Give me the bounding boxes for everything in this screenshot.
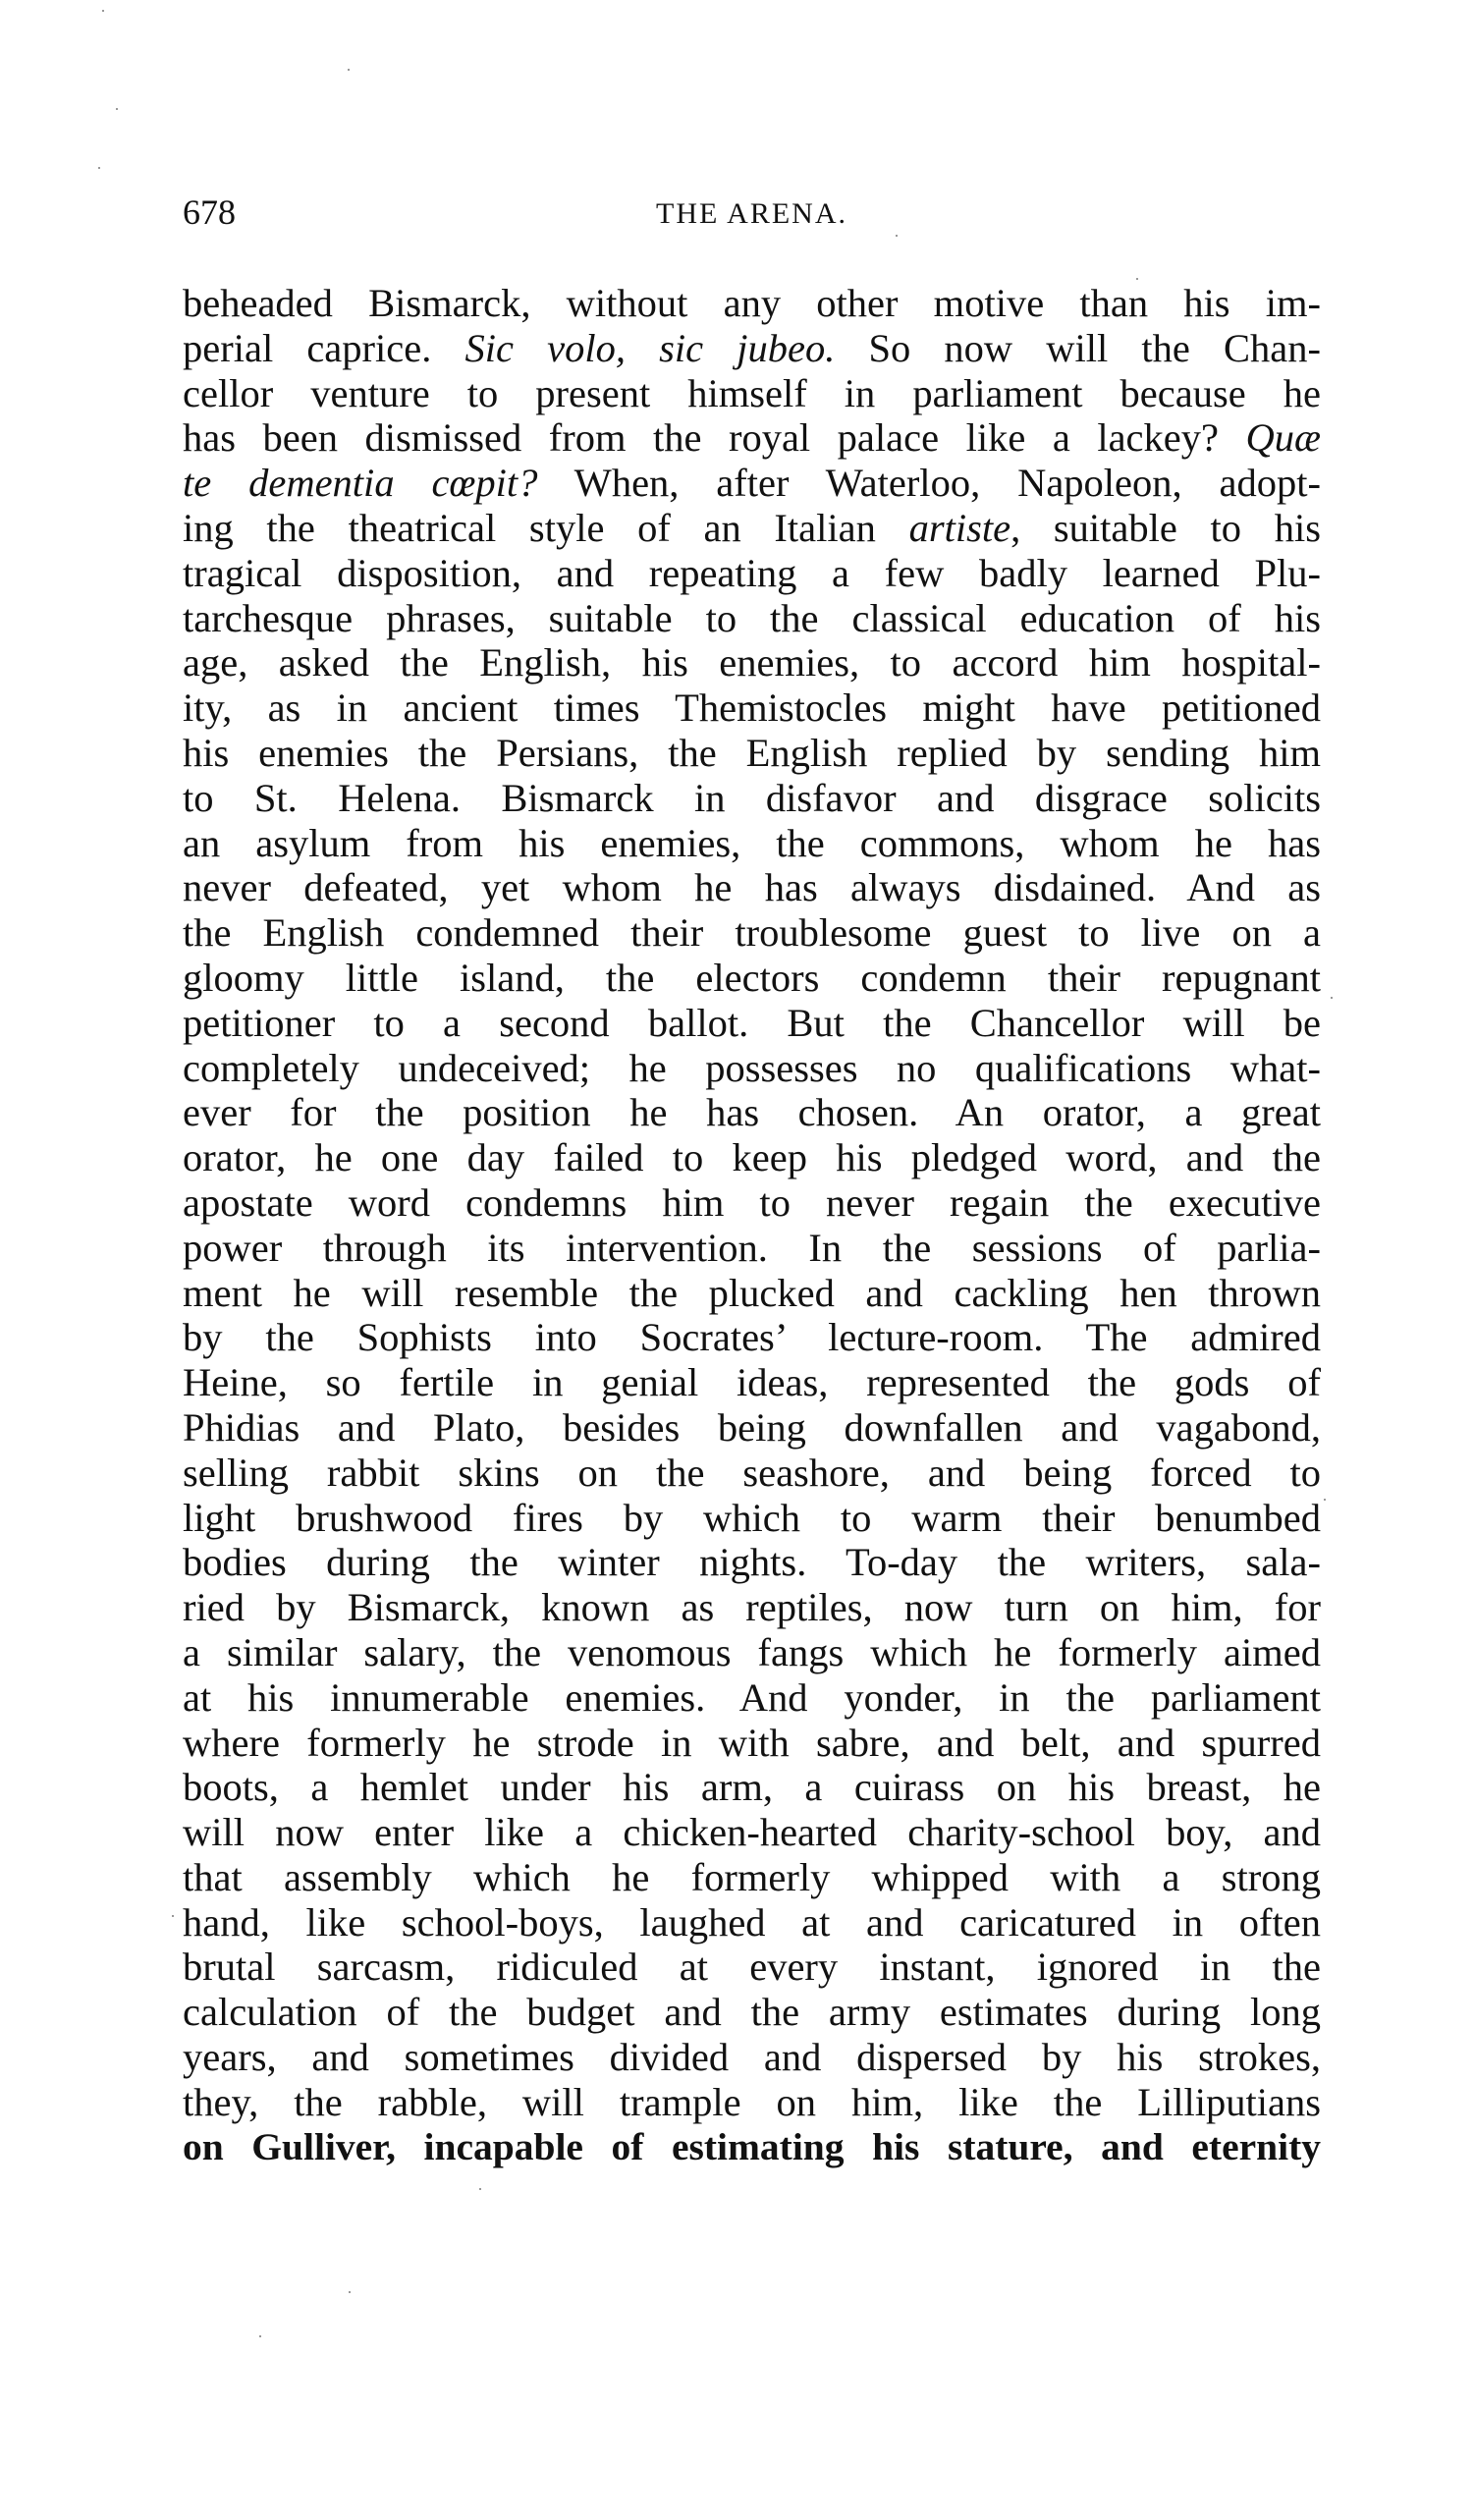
text-line: ing the theatrical style of an Italian a… xyxy=(183,506,1321,551)
text-run: When, after Waterloo, Napoleon, adopt- xyxy=(537,461,1321,505)
text-run: tarchesque phrases, suitable to the clas… xyxy=(183,596,1321,640)
scan-speck xyxy=(348,69,350,71)
text-run: perial caprice. xyxy=(183,326,464,370)
text-run: completely undeceived; he possesses no q… xyxy=(183,1046,1321,1090)
scan-speck xyxy=(349,2291,351,2293)
text-run: that assembly which he formerly whipped … xyxy=(183,1855,1321,1899)
text-run: hand, like school-boys, laughed at and c… xyxy=(183,1900,1321,1945)
text-line: perial caprice. Sic volo, sic jubeo. So … xyxy=(183,326,1321,371)
scan-speck xyxy=(102,10,104,12)
text-run: an asylum from his enemies, the commons,… xyxy=(183,821,1321,865)
text-line: petitioner to a second ballot. But the C… xyxy=(183,1001,1321,1046)
text-run: tragical disposition, and repeating a fe… xyxy=(183,551,1321,595)
scan-speck xyxy=(1136,278,1138,280)
text-run: to St. Helena. Bismarck in disfavor and … xyxy=(183,776,1321,820)
scan-speck xyxy=(896,235,898,237)
text-line: Phidias and Plato, besides being downfal… xyxy=(183,1405,1321,1451)
text-line: where formerly he strode in with sabre, … xyxy=(183,1721,1321,1766)
text-line: by the Sophists into Socrates’ lecture-r… xyxy=(183,1315,1321,1360)
scan-speck xyxy=(479,2188,481,2190)
text-run: where formerly he strode in with sabre, … xyxy=(183,1721,1321,1765)
text-line: ment he will resemble the plucked and ca… xyxy=(183,1271,1321,1316)
text-line: will now enter like a chicken-hearted ch… xyxy=(183,1810,1321,1855)
text-line: Heine, so fertile in genial ideas, repre… xyxy=(183,1360,1321,1405)
text-run: light brushwood fires by which to warm t… xyxy=(183,1496,1321,1540)
text-line: apostate word condemns him to never rega… xyxy=(183,1180,1321,1226)
text-line: to St. Helena. Bismarck in disfavor and … xyxy=(183,776,1321,821)
text-line: that assembly which he formerly whipped … xyxy=(183,1855,1321,1900)
text-run: orator, he one day failed to keep his pl… xyxy=(183,1135,1321,1179)
text-run: never defeated, yet whom he has always d… xyxy=(183,865,1321,909)
text-line: power through its intervention. In the s… xyxy=(183,1226,1321,1271)
text-line: bodies during the winter nights. To-day … xyxy=(183,1540,1321,1585)
scan-speck xyxy=(259,2335,261,2337)
text-run: brutal sarcasm, ridiculed at every insta… xyxy=(183,1945,1321,1989)
text-run: they, the rabble, will trample on him, l… xyxy=(183,2080,1321,2124)
text-line: on Gulliver, incapable of estimating his… xyxy=(183,2125,1321,2170)
text-line: age, asked the English, his enemies, to … xyxy=(183,640,1321,685)
text-line: selling rabbit skins on the seashore, an… xyxy=(183,1451,1321,1496)
italic-phrase: te dementia cœpit? xyxy=(183,461,537,505)
italic-phrase: Sic volo, sic jubeo. xyxy=(464,326,835,370)
text-run: beheaded Bismarck, without any other mot… xyxy=(183,281,1321,325)
scan-speck xyxy=(172,1915,174,1917)
text-line: they, the rabble, will trample on him, l… xyxy=(183,2080,1321,2125)
text-run: calculation of the budget and the army e… xyxy=(183,1990,1321,2034)
text-run: apostate word condemns him to never rega… xyxy=(183,1180,1321,1225)
text-run: Heine, so fertile in genial ideas, repre… xyxy=(183,1360,1321,1404)
running-title: THE ARENA. xyxy=(183,194,1321,234)
text-run: ever for the position he has chosen. An … xyxy=(183,1090,1321,1134)
text-line: the English condemned their troublesome … xyxy=(183,910,1321,956)
text-line: hand, like school-boys, laughed at and c… xyxy=(183,1900,1321,1945)
text-run: ried by Bismarck, known as reptiles, now… xyxy=(183,1585,1321,1629)
text-run: the English condemned their troublesome … xyxy=(183,910,1321,955)
text-line: ever for the position he has chosen. An … xyxy=(183,1090,1321,1135)
text-line: beheaded Bismarck, without any other mot… xyxy=(183,281,1321,326)
italic-phrase: artiste xyxy=(909,506,1011,550)
text-run: ity, as in ancient times Themistocles mi… xyxy=(183,685,1321,730)
text-run: has been dismissed from the royal palace… xyxy=(183,415,1245,460)
text-line: years, and sometimes divided and dispers… xyxy=(183,2035,1321,2080)
text-line: ity, as in ancient times Themistocles mi… xyxy=(183,685,1321,731)
scan-speck xyxy=(98,167,100,169)
text-line: tragical disposition, and repeating a fe… xyxy=(183,551,1321,596)
text-run: selling rabbit skins on the seashore, an… xyxy=(183,1451,1321,1495)
text-line: orator, he one day failed to keep his pl… xyxy=(183,1135,1321,1180)
text-run: his enemies the Persians, the English re… xyxy=(183,731,1321,775)
scan-speck xyxy=(1324,1499,1326,1501)
text-line: at his innumerable enemies. And yonder, … xyxy=(183,1675,1321,1721)
text-run: will now enter like a chicken-hearted ch… xyxy=(183,1810,1321,1854)
text-run: ing the theatrical style of an Italian xyxy=(183,506,909,550)
text-run: on Gulliver, incapable of estimating his… xyxy=(183,2125,1321,2168)
text-line: brutal sarcasm, ridiculed at every insta… xyxy=(183,1945,1321,1990)
text-run: age, asked the English, his enemies, to … xyxy=(183,640,1321,685)
text-run: years, and sometimes divided and dispers… xyxy=(183,2035,1321,2079)
text-line: ried by Bismarck, known as reptiles, now… xyxy=(183,1585,1321,1630)
text-line: a similar salary, the venomous fangs whi… xyxy=(183,1630,1321,1675)
text-run: gloomy little island, the electors conde… xyxy=(183,956,1321,1000)
text-run: Phidias and Plato, besides being downfal… xyxy=(183,1405,1321,1450)
text-run: a similar salary, the venomous fangs whi… xyxy=(183,1630,1321,1674)
scan-speck xyxy=(116,108,118,110)
text-line: tarchesque phrases, suitable to the clas… xyxy=(183,596,1321,641)
text-line: boots, a hemlet under his arm, a cuirass… xyxy=(183,1765,1321,1810)
text-line: calculation of the budget and the army e… xyxy=(183,1990,1321,2035)
text-run: by the Sophists into Socrates’ lecture-r… xyxy=(183,1315,1321,1359)
text-run: at his innumerable enemies. And yonder, … xyxy=(183,1675,1321,1720)
text-run: cellor venture to present himself in par… xyxy=(183,371,1321,415)
text-line: light brushwood fires by which to warm t… xyxy=(183,1496,1321,1541)
text-run: So now will the Chan- xyxy=(835,326,1321,370)
text-line: cellor venture to present himself in par… xyxy=(183,371,1321,416)
text-line: his enemies the Persians, the English re… xyxy=(183,731,1321,776)
text-run: , suitable to his xyxy=(1010,506,1321,550)
text-run: power through its intervention. In the s… xyxy=(183,1226,1321,1270)
italic-phrase: Quæ xyxy=(1245,415,1321,460)
text-run: bodies during the winter nights. To-day … xyxy=(183,1540,1321,1584)
text-run: ment he will resemble the plucked and ca… xyxy=(183,1271,1321,1315)
text-line: an asylum from his enemies, the commons,… xyxy=(183,821,1321,866)
text-line: never defeated, yet whom he has always d… xyxy=(183,865,1321,910)
text-line: has been dismissed from the royal palace… xyxy=(183,415,1321,461)
text-line: gloomy little island, the electors conde… xyxy=(183,956,1321,1001)
text-line: completely undeceived; he possesses no q… xyxy=(183,1046,1321,1091)
body-paragraph: beheaded Bismarck, without any other mot… xyxy=(183,281,1321,2169)
text-line: te dementia cœpit? When, after Waterloo,… xyxy=(183,461,1321,506)
text-run: boots, a hemlet under his arm, a cuirass… xyxy=(183,1765,1321,1809)
scan-speck xyxy=(1331,997,1333,999)
text-run: petitioner to a second ballot. But the C… xyxy=(183,1001,1321,1045)
